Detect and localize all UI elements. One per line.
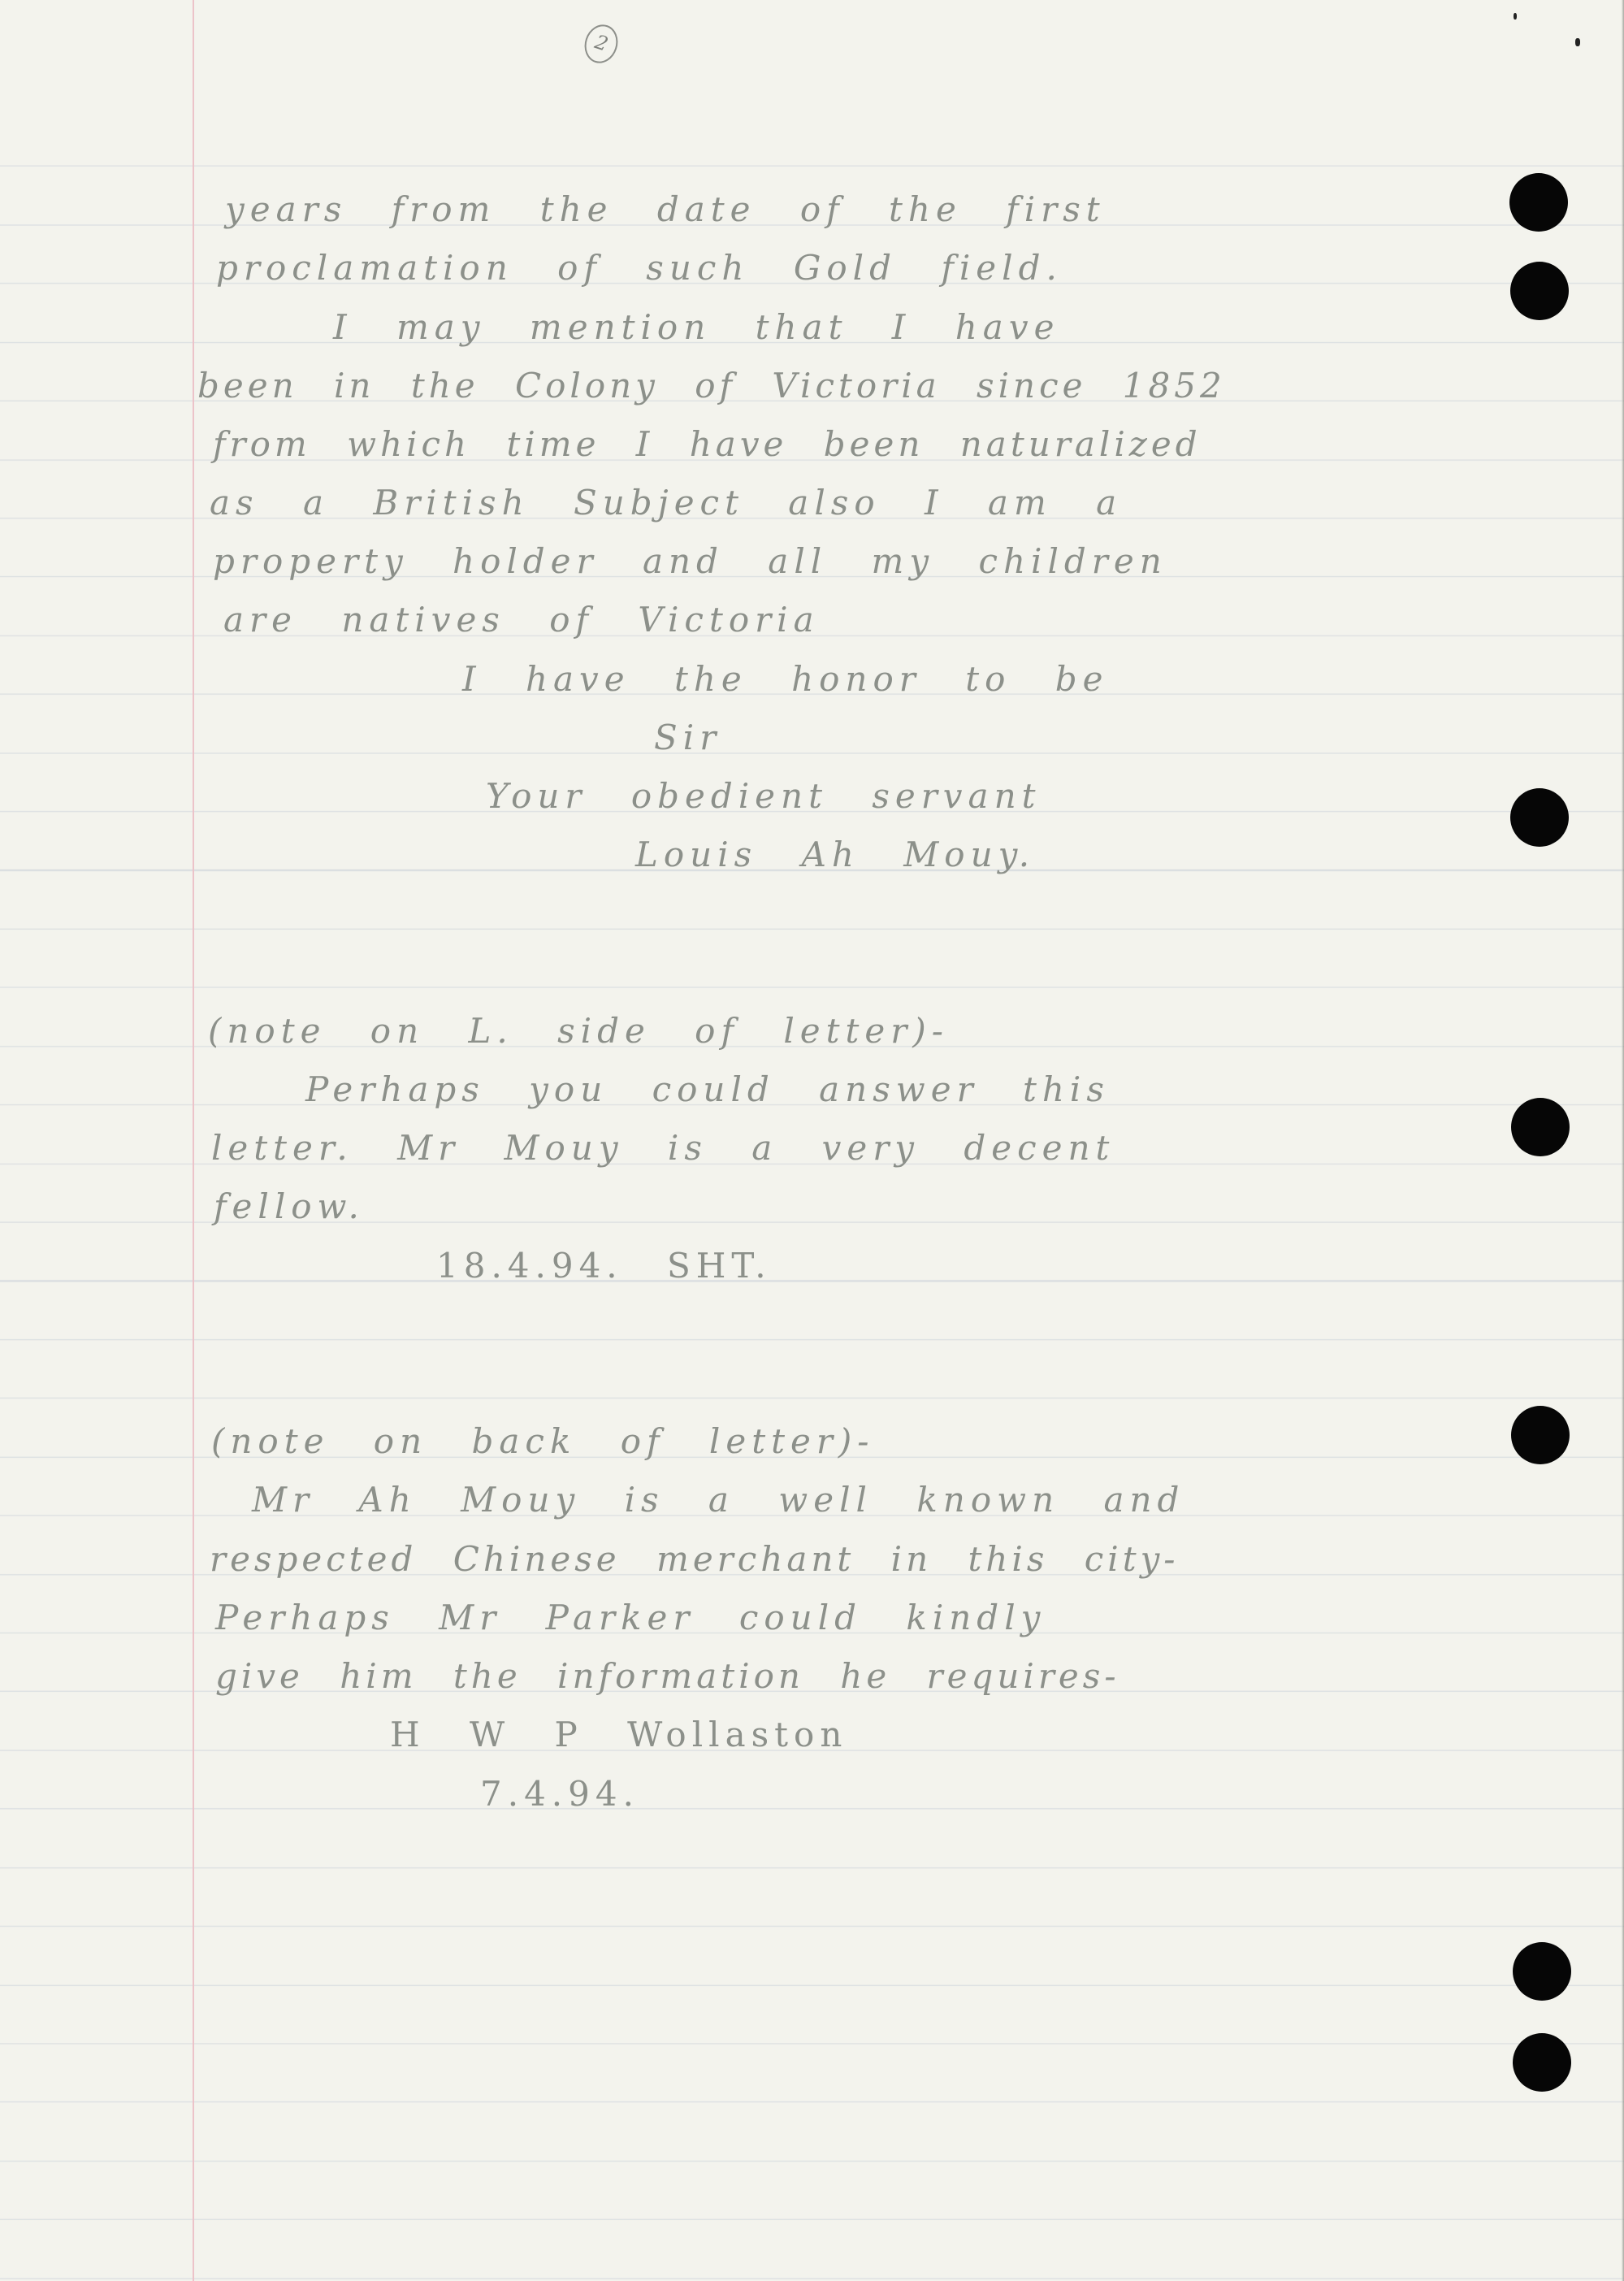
note-line: Perhaps Mr Parker could kindly bbox=[215, 1594, 1046, 1642]
closing-line: I have the honor to be bbox=[462, 655, 1108, 704]
note-line: letter. Mr Mouy is a very decent bbox=[211, 1124, 1115, 1173]
letter-line: from which time I have been naturalized bbox=[213, 420, 1202, 469]
letter-line: as a British Subject also I am a bbox=[210, 479, 1122, 527]
punch-hole bbox=[1510, 262, 1569, 320]
note-date: 7.4.94. bbox=[480, 1770, 639, 1819]
letter-line: years from the date of the first bbox=[225, 185, 1106, 234]
speck-mark bbox=[1575, 38, 1580, 46]
punch-hole bbox=[1511, 1098, 1570, 1156]
note-heading: (note on L. side of letter)- bbox=[208, 1007, 949, 1056]
letter-line: proclamation of such Gold field. bbox=[216, 244, 1063, 293]
note-line: respected Chinese merchant in this city- bbox=[210, 1535, 1180, 1584]
top-margin bbox=[0, 0, 1624, 163]
note-line: Mr Ah Mouy is a well known and bbox=[252, 1476, 1184, 1524]
punch-hole bbox=[1513, 1942, 1571, 2001]
note-signoff: 18.4.94. SHT. bbox=[436, 1242, 772, 1290]
closing-line: Your obedient servant bbox=[486, 772, 1042, 821]
signature: Louis Ah Mouy. bbox=[635, 830, 1035, 879]
letter-line: I may mention that I have bbox=[333, 303, 1059, 352]
punch-hole bbox=[1513, 2033, 1571, 2092]
punch-hole bbox=[1511, 1406, 1570, 1464]
margin-line bbox=[193, 0, 194, 2281]
speck-mark bbox=[1514, 13, 1517, 20]
note-signature: H W P Wollaston bbox=[390, 1711, 847, 1759]
letter-line: are natives of Victoria bbox=[223, 596, 820, 644]
punch-hole bbox=[1510, 788, 1569, 847]
note-line: give him the information he requires- bbox=[215, 1652, 1120, 1701]
salutation: Sir bbox=[654, 713, 721, 762]
note-heading: (note on back of letter)- bbox=[211, 1417, 874, 1466]
punch-hole bbox=[1509, 173, 1568, 232]
letter-line: been in the Colony of Victoria since 185… bbox=[197, 362, 1226, 410]
handwritten-page: 2 years from the date of the first procl… bbox=[0, 0, 1624, 2281]
letter-line: property holder and all my children bbox=[213, 537, 1167, 586]
note-line: fellow. bbox=[214, 1182, 365, 1231]
note-line: Perhaps you could answer this bbox=[305, 1065, 1110, 1114]
